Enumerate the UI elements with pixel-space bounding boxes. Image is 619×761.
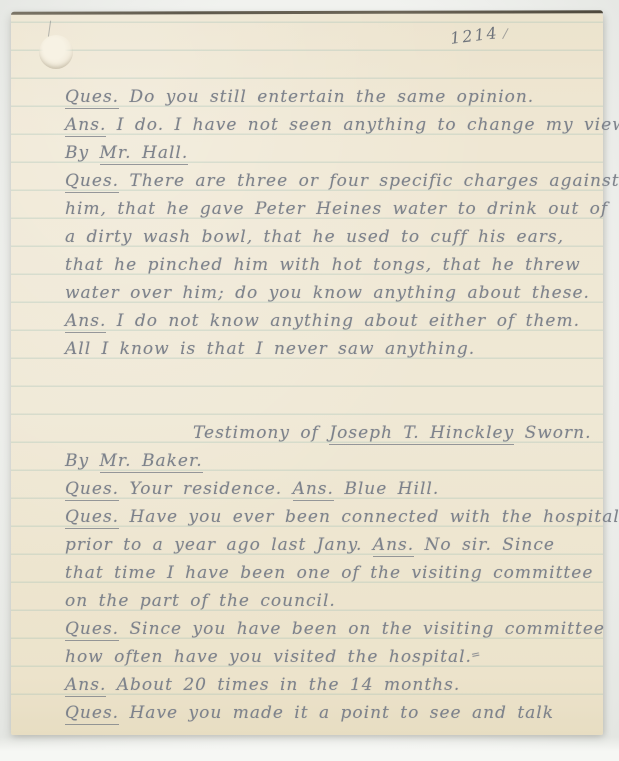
manuscript-line <box>65 391 589 419</box>
manuscript-line: Ques. Since you have been on the visitin… <box>65 615 589 643</box>
manuscript-line: Ques. Your residence. Ans. Blue Hill. <box>65 475 589 503</box>
manuscript-line: Ans. About 20 times in the 14 months. <box>65 671 589 699</box>
manuscript-line: Ans. I do not know anything about either… <box>65 307 589 335</box>
scan-background-band <box>0 737 619 761</box>
manuscript-line: By Mr. Baker. <box>65 447 589 475</box>
manuscript-line: on the part of the council. <box>65 587 589 615</box>
manuscript-paper-sheet: 1214 Ques. Do you still entertain the sa… <box>11 13 603 735</box>
paper-flaw-spot <box>39 35 73 69</box>
manuscript-line: All I know is that I never saw anything. <box>65 335 589 363</box>
manuscript-line: Ques. There are three or four specific c… <box>65 167 589 195</box>
manuscript-line: water over him; do you know anything abo… <box>65 279 589 307</box>
manuscript-line <box>65 363 589 391</box>
manuscript-line: Ques. Have you ever been connected with … <box>65 503 589 531</box>
scanned-document-stage: 1214 Ques. Do you still entertain the sa… <box>0 0 619 761</box>
manuscript-line: that he pinched him with hot tongs, that… <box>65 251 589 279</box>
manuscript-line: how often have you visited the hospital.… <box>65 643 589 671</box>
manuscript-line: that time I have been one of the visitin… <box>65 559 589 587</box>
manuscript-line: him, that he gave Peter Heines water to … <box>65 195 589 223</box>
manuscript-line: Ques. Do you still entertain the same op… <box>65 83 589 111</box>
manuscript-lines: Ques. Do you still entertain the same op… <box>65 83 589 727</box>
testimony-heading: Testimony of Joseph T. Hinckley Sworn. <box>65 419 589 447</box>
manuscript-line: prior to a year ago last Jany. Ans. No s… <box>65 531 589 559</box>
manuscript-line: By Mr. Hall. <box>65 139 589 167</box>
manuscript-line: Ans. I do. I have not seen anything to c… <box>65 111 589 139</box>
manuscript-line: a dirty wash bowl, that he used to cuff … <box>65 223 589 251</box>
manuscript-line: Ques. Have you made it a point to see an… <box>65 699 589 727</box>
